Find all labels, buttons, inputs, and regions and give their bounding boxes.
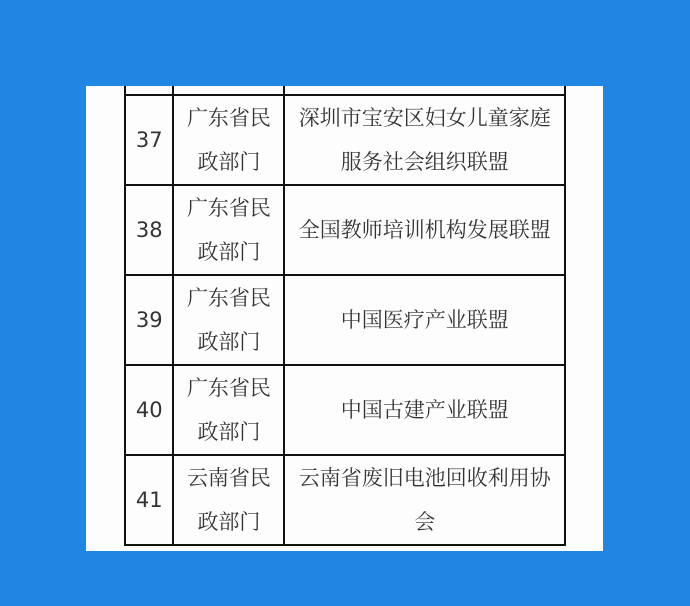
row-number: 41	[125, 455, 173, 545]
row-number: 40	[125, 365, 173, 455]
table-row: 38 广东省民 政部门 全国教师培训机构发展联盟	[125, 185, 565, 275]
table-row: 41 云南省民 政部门 云南省废旧电池回收利用协 会	[125, 455, 565, 545]
department-cell: 广东省民 政部门	[173, 95, 284, 185]
organization-cell: 中国古建产业联盟	[284, 365, 565, 455]
row-number: 38	[125, 185, 173, 275]
department-cell: 云南省民 政部门	[173, 455, 284, 545]
row-number: 39	[125, 275, 173, 365]
table-row: 37 广东省民 政部门 深圳市宝安区妇女儿童家庭 服务社会组织联盟	[125, 95, 565, 185]
table-row: 40 广东省民 政部门 中国古建产业联盟	[125, 365, 565, 455]
department-cell: 广东省民 政部门	[173, 275, 284, 365]
organization-cell: 深圳市宝安区妇女儿童家庭 服务社会组织联盟	[284, 95, 565, 185]
table-row-partial	[125, 86, 565, 95]
document-panel: 37 广东省民 政部门 深圳市宝安区妇女儿童家庭 服务社会组织联盟 38 广东省…	[86, 86, 603, 551]
department-cell: 广东省民 政部门	[173, 365, 284, 455]
organization-table: 37 广东省民 政部门 深圳市宝安区妇女儿童家庭 服务社会组织联盟 38 广东省…	[124, 86, 566, 546]
row-number: 37	[125, 95, 173, 185]
department-cell: 广东省民 政部门	[173, 185, 284, 275]
organization-cell: 云南省废旧电池回收利用协 会	[284, 455, 565, 545]
table-row: 39 广东省民 政部门 中国医疗产业联盟	[125, 275, 565, 365]
organization-cell: 全国教师培训机构发展联盟	[284, 185, 565, 275]
organization-cell: 中国医疗产业联盟	[284, 275, 565, 365]
